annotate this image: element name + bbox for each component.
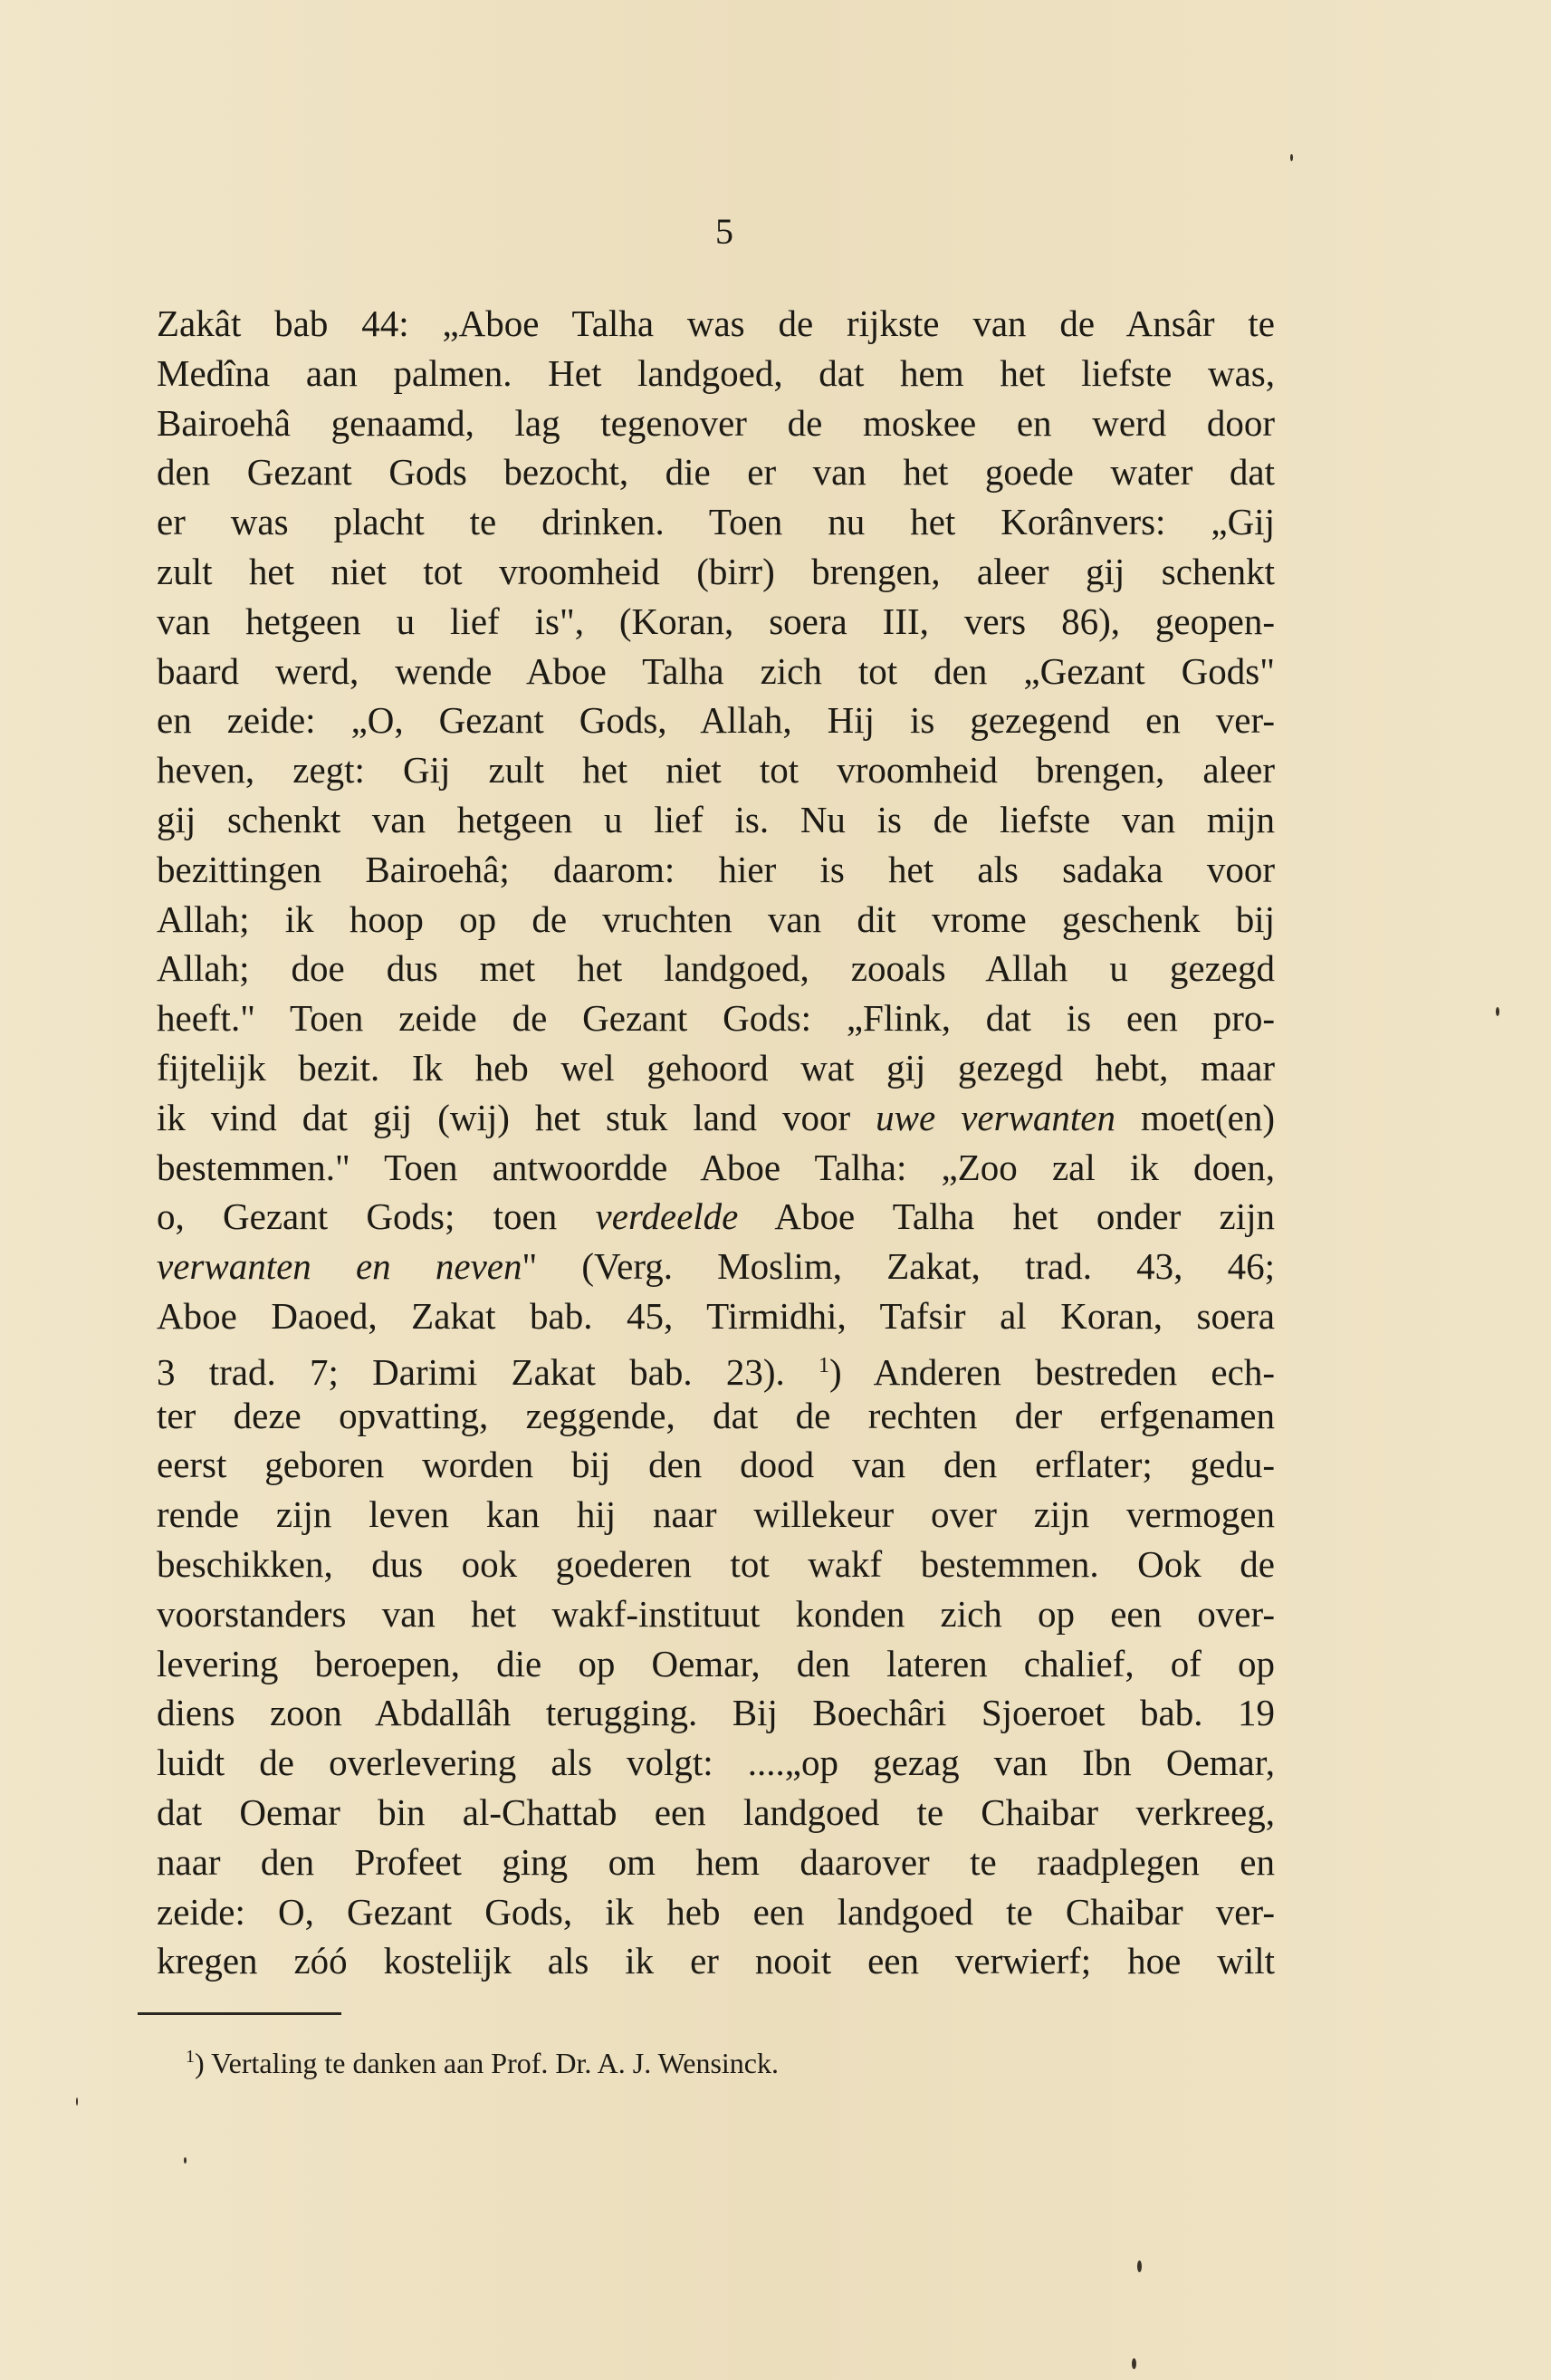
text-segment: bestemmen." Toen antwoordde Aboe Talha: … (157, 1147, 1275, 1188)
book-page: 5 Zakât bab 44: „Aboe Talha was de rijks… (0, 0, 1551, 2380)
italic-text: uwe verwanten (876, 1097, 1115, 1138)
footnote-marker: 1 (186, 2047, 195, 2067)
text-line: er was placht te drinken. Toen nu het Ko… (157, 497, 1275, 547)
text-line: bestemmen." Toen antwoordde Aboe Talha: … (157, 1143, 1275, 1193)
text-line: Allah; doe dus met het landgoed, zooals … (157, 944, 1275, 993)
text-segment: dat Oemar bin al-Chattab een landgoed te… (157, 1791, 1275, 1833)
text-segment: Allah; ik hoop op de vruchten van dit vr… (157, 898, 1275, 940)
text-segment: van hetgeen u lief is", (Koran, soera II… (157, 600, 1275, 642)
text-line: 3 trad. 7; Darimi Zakat bab. 23). 1) And… (157, 1341, 1275, 1391)
footnote-reference: 1 (819, 1354, 829, 1377)
text-segment: rende zijn leven kan hij naar willekeur … (157, 1493, 1275, 1535)
text-line: baard werd, wende Aboe Talha zich tot de… (157, 647, 1275, 696)
text-line: levering beroepen, die op Oemar, den lat… (157, 1639, 1275, 1689)
text-segment: Bairoehâ genaamd, lag tegenover de moske… (157, 402, 1275, 444)
text-segment: beschikken, dus ook goederen tot wakf be… (157, 1543, 1275, 1585)
text-segment: ter deze opvatting, zeggende, dat de rec… (157, 1395, 1275, 1436)
text-segment: Aboe Talha het onder zijn (738, 1195, 1275, 1237)
text-line: dat Oemar bin al-Chattab een landgoed te… (157, 1788, 1275, 1838)
text-line: zult het niet tot vroomheid (birr) breng… (157, 547, 1275, 597)
text-segment: gij schenkt van hetgeen u lief is. Nu is… (157, 799, 1275, 840)
text-line: bezittingen Bairoehâ; daarom: hier is he… (157, 845, 1275, 895)
text-segment: ik vind dat gij (wij) het stuk land voor (157, 1097, 876, 1138)
text-segment: Zakât bab 44: „Aboe Talha was de rijkste… (157, 302, 1275, 344)
text-segment: er was placht te drinken. Toen nu het Ko… (157, 501, 1275, 542)
text-line: en zeide: „O, Gezant Gods, Allah, Hij is… (157, 696, 1275, 745)
text-line: gij schenkt van hetgeen u lief is. Nu is… (157, 795, 1275, 845)
text-segment: Aboe Daoed, Zakat bab. 45, Tirmidhi, Taf… (157, 1295, 1275, 1337)
text-line: o, Gezant Gods; toen verdeelde Aboe Talh… (157, 1192, 1275, 1242)
paper-speck (1137, 2260, 1142, 2272)
text-segment: 3 trad. 7; Darimi Zakat bab. 23). (157, 1351, 819, 1393)
text-line: van hetgeen u lief is", (Koran, soera II… (157, 597, 1275, 647)
text-line: kregen zóó kostelijk als ik er nooit een… (157, 1936, 1275, 1986)
text-segment: eerst geboren worden bij den dood van de… (157, 1444, 1275, 1485)
text-segment: heeft." Toen zeide de Gezant Gods: „Flin… (157, 997, 1275, 1039)
text-segment: diens zoon Abdallâh terugging. Bij Boech… (157, 1692, 1275, 1733)
italic-text: verwanten en neven (157, 1245, 522, 1287)
footnote-text: ) Vertaling te danken aan Prof. Dr. A. J… (195, 2047, 779, 2079)
page-number: 5 (0, 210, 1449, 253)
text-segment: bezittingen Bairoehâ; daarom: hier is he… (157, 849, 1275, 890)
text-line: ik vind dat gij (wij) het stuk land voor… (157, 1093, 1275, 1143)
text-line: Aboe Daoed, Zakat bab. 45, Tirmidhi, Taf… (157, 1291, 1275, 1341)
italic-text: verdeelde (596, 1195, 739, 1237)
body-text: Zakât bab 44: „Aboe Talha was de rijkste… (157, 299, 1275, 1986)
paper-speck (1496, 1007, 1499, 1016)
text-line: heeft." Toen zeide de Gezant Gods: „Flin… (157, 993, 1275, 1043)
text-line: voorstanders van het wakf-instituut kond… (157, 1589, 1275, 1639)
text-segment: den Gezant Gods bezocht, die er van het … (157, 451, 1275, 493)
text-segment: " (Verg. Moslim, Zakat, trad. 43, 46; (522, 1245, 1275, 1287)
text-segment: Allah; doe dus met het landgoed, zooals … (157, 947, 1275, 989)
text-segment: o, Gezant Gods; toen (157, 1195, 596, 1237)
footnote-divider (138, 2012, 341, 2015)
text-line: luidt de overlevering als volgt: ....„op… (157, 1738, 1275, 1788)
text-line: beschikken, dus ook goederen tot wakf be… (157, 1540, 1275, 1589)
footnote: 1) Vertaling te danken aan Prof. Dr. A. … (186, 2047, 779, 2080)
text-segment: zeide: O, Gezant Gods, ik heb een landgo… (157, 1891, 1275, 1933)
text-line: ter deze opvatting, zeggende, dat de rec… (157, 1391, 1275, 1441)
text-segment: en zeide: „O, Gezant Gods, Allah, Hij is… (157, 699, 1275, 741)
text-segment: Medîna aan palmen. Het landgoed, dat hem… (157, 352, 1275, 394)
text-segment: levering beroepen, die op Oemar, den lat… (157, 1643, 1275, 1684)
text-line: fijtelijk bezit. Ik heb wel gehoord wat … (157, 1043, 1275, 1093)
text-segment: voorstanders van het wakf-instituut kond… (157, 1593, 1275, 1635)
text-segment: kregen zóó kostelijk als ik er nooit een… (157, 1940, 1275, 1982)
text-line: eerst geboren worden bij den dood van de… (157, 1440, 1275, 1490)
text-line: Bairoehâ genaamd, lag tegenover de moske… (157, 398, 1275, 448)
text-line: Medîna aan palmen. Het landgoed, dat hem… (157, 349, 1275, 398)
text-segment: naar den Profeet ging om hem daarover te… (157, 1841, 1275, 1883)
paper-speck (184, 2157, 187, 2164)
text-line: Allah; ik hoop op de vruchten van dit vr… (157, 895, 1275, 945)
text-segment: ) Anderen bestreden ech- (829, 1351, 1275, 1393)
text-segment: fijtelijk bezit. Ik heb wel gehoord wat … (157, 1047, 1275, 1089)
text-line: heven, zegt: Gij zult het niet tot vroom… (157, 745, 1275, 795)
paper-speck (76, 2097, 78, 2106)
paper-speck (1290, 154, 1293, 161)
text-line: naar den Profeet ging om hem daarover te… (157, 1838, 1275, 1887)
text-line: zeide: O, Gezant Gods, ik heb een landgo… (157, 1887, 1275, 1937)
text-line: rende zijn leven kan hij naar willekeur … (157, 1490, 1275, 1540)
text-segment: luidt de overlevering als volgt: ....„op… (157, 1742, 1275, 1783)
text-segment: heven, zegt: Gij zult het niet tot vroom… (157, 749, 1275, 791)
text-segment: baard werd, wende Aboe Talha zich tot de… (157, 650, 1275, 692)
text-segment: zult het niet tot vroomheid (birr) breng… (157, 551, 1275, 592)
text-line: den Gezant Gods bezocht, die er van het … (157, 447, 1275, 497)
text-line: diens zoon Abdallâh terugging. Bij Boech… (157, 1688, 1275, 1738)
text-segment: moet(en) (1115, 1097, 1275, 1138)
text-line: verwanten en neven" (Verg. Moslim, Zakat… (157, 1242, 1275, 1291)
paper-speck (1132, 2358, 1136, 2369)
text-line: Zakât bab 44: „Aboe Talha was de rijkste… (157, 299, 1275, 349)
